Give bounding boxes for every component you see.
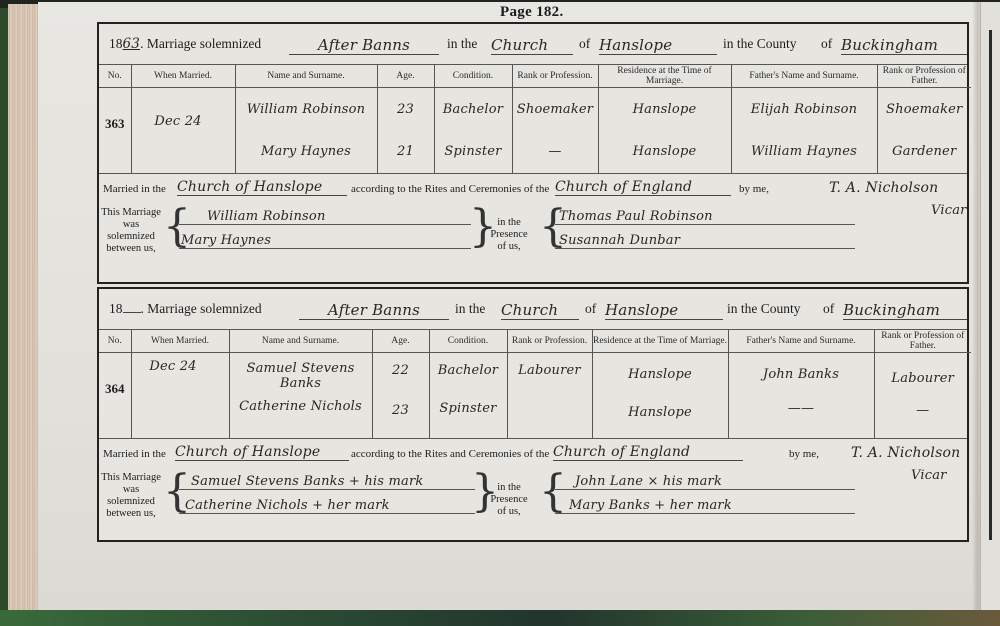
fathers: Elijah Robinson William Haynes xyxy=(731,87,877,173)
married-in-line: Married in the Church of Hanslope accord… xyxy=(99,438,967,468)
minister-title: Vicar xyxy=(911,468,947,483)
groom-name: William Robinson xyxy=(236,102,377,117)
header-no: No. xyxy=(99,330,131,352)
header-profession: Rank or Profession. xyxy=(512,65,598,87)
conditions: Bachelor Spinster xyxy=(434,87,512,173)
header-when-married: When Married. xyxy=(131,330,229,352)
year-prefix: 18 xyxy=(109,301,123,316)
when-married: Dec 24 xyxy=(131,87,235,173)
groom-profession: Labourer xyxy=(508,363,592,378)
header-condition: Condition. xyxy=(429,330,507,352)
bride-age: 23 xyxy=(373,403,429,418)
between-us-label: This Marriage was solemnized between us, xyxy=(101,207,161,255)
witness-2: Mary Banks + her mark xyxy=(555,498,855,514)
married-in-label: Married in the xyxy=(103,183,166,195)
bride-condition: Spinster xyxy=(435,144,512,159)
bride-residence: Hanslope xyxy=(593,405,728,420)
solemnized-by: After Banns xyxy=(289,36,439,55)
bride-condition: Spinster xyxy=(430,401,507,416)
county-label: in the County xyxy=(727,301,801,317)
father-professions: Shoemaker Gardener xyxy=(877,87,971,173)
signatures-block: This Marriage was solemnized between us,… xyxy=(99,468,967,538)
header-residence: Residence at the Time of Marriage. xyxy=(592,330,728,352)
facing-page xyxy=(980,2,1000,610)
county: Buckingham xyxy=(843,301,967,320)
minister-title: Vicar xyxy=(931,203,967,218)
entry-table: No. When Married. Name and Surname. Age.… xyxy=(99,330,971,438)
groom-condition: Bachelor xyxy=(435,102,512,117)
parish: Hanslope xyxy=(599,36,717,55)
groom-residence: Hanslope xyxy=(599,102,731,117)
when-married: Dec 24 xyxy=(131,352,229,438)
bride-father-profession: Gardener xyxy=(878,144,972,159)
names: William Robinson Mary Haynes xyxy=(235,87,377,173)
by-me-label: by me, xyxy=(739,183,769,195)
parish: Hanslope xyxy=(605,301,723,320)
minister-signature: T. A. Nicholson xyxy=(851,445,960,461)
groom-father: Elijah Robinson xyxy=(732,102,877,117)
residences: Hanslope Hanslope xyxy=(592,352,728,438)
bride-father-profession: — xyxy=(875,403,972,418)
in-the-label: in the xyxy=(455,301,485,317)
bride-name: Mary Haynes xyxy=(236,144,377,159)
fathers: John Banks —— xyxy=(728,352,874,438)
of-label: of xyxy=(585,301,596,317)
groom-profession: Shoemaker xyxy=(513,102,598,117)
entry-number: 363 xyxy=(99,87,131,173)
photo-background-bottom xyxy=(0,610,1000,626)
groom-father-profession: Shoemaker xyxy=(878,102,972,117)
by-me-label: by me, xyxy=(789,448,819,460)
presence-label: in the Presence of us, xyxy=(483,482,535,518)
married-in-place: Church of Hanslope xyxy=(175,444,349,461)
married-in-line: Married in the Church of Hanslope accord… xyxy=(99,173,967,203)
county-of-label: of xyxy=(821,36,832,52)
signatures-block: This Marriage was solemnized between us,… xyxy=(99,203,967,273)
groom-father-profession: Labourer xyxy=(875,371,972,386)
header-father-profession: Rank or Profession of Father. xyxy=(874,330,971,352)
table-row: 364 Dec 24 Samuel Stevens Banks Catherin… xyxy=(99,352,971,438)
groom-name: Samuel Stevens Banks xyxy=(230,361,372,391)
bride-signature: Mary Haynes xyxy=(179,233,471,249)
page-number: Page 182. xyxy=(500,4,564,21)
bride-signature: Catherine Nichols + her mark xyxy=(179,498,475,514)
married-in-label: Married in the xyxy=(103,448,166,460)
marriage-entry-363: 1863. Marriage solemnized After Banns in… xyxy=(97,22,969,284)
marriage-solemnized-label: . Marriage solemnized xyxy=(141,301,262,316)
church-type: Church xyxy=(491,36,573,55)
groom-age: 23 xyxy=(378,102,434,117)
groom-age: 22 xyxy=(373,363,429,378)
bride-father: William Haynes xyxy=(732,144,877,159)
year-suffix-blank xyxy=(123,312,141,313)
according-to-label: according to the Rites and Ceremonies of… xyxy=(351,448,549,460)
rites: Church of England xyxy=(553,444,743,461)
names: Samuel Stevens Banks Catherine Nichols xyxy=(229,352,372,438)
bride-profession: — xyxy=(513,144,598,159)
marriage-solemnized-label: . Marriage solemnized xyxy=(140,36,261,51)
minister-signature: T. A. Nicholson xyxy=(829,180,938,196)
bride-father: —— xyxy=(729,401,874,416)
rites: Church of England xyxy=(555,179,731,196)
conditions: Bachelor Spinster xyxy=(429,352,507,438)
header-profession: Rank or Profession. xyxy=(507,330,592,352)
bride-age: 21 xyxy=(378,144,434,159)
presence-label: in the Presence of us, xyxy=(483,217,535,253)
year-prefix: 18 xyxy=(109,36,123,51)
of-label: of xyxy=(579,36,590,52)
header-father-profession: Rank or Profession of Father. xyxy=(877,65,971,87)
professions: Labourer xyxy=(507,352,592,438)
witness-1: Thomas Paul Robinson xyxy=(555,209,855,225)
header-name: Name and Surname. xyxy=(229,330,372,352)
residences: Hanslope Hanslope xyxy=(598,87,731,173)
header-when-married: When Married. xyxy=(131,65,235,87)
married-in-place: Church of Hanslope xyxy=(177,179,347,196)
entry-header: 18. Marriage solemnized After Banns in t… xyxy=(99,289,967,330)
column-headers: No. When Married. Name and Surname. Age.… xyxy=(99,330,971,352)
between-us-label: This Marriage was solemnized between us, xyxy=(101,472,161,520)
header-condition: Condition. xyxy=(434,65,512,87)
header-age: Age. xyxy=(372,330,429,352)
according-to-label: according to the Rites and Ceremonies of… xyxy=(351,183,549,195)
ages: 22 23 xyxy=(372,352,429,438)
groom-signature: William Robinson xyxy=(179,209,471,225)
bride-residence: Hanslope xyxy=(599,144,731,159)
entry-header: 1863. Marriage solemnized After Banns in… xyxy=(99,24,967,65)
county-of-label: of xyxy=(823,301,834,317)
father-professions: Labourer — xyxy=(874,352,971,438)
column-headers: No. When Married. Name and Surname. Age.… xyxy=(99,65,971,87)
groom-residence: Hanslope xyxy=(593,367,728,382)
professions: Shoemaker — xyxy=(512,87,598,173)
bride-name: Catherine Nichols xyxy=(230,399,372,414)
groom-signature: Samuel Stevens Banks + his mark xyxy=(179,474,475,490)
book-page-edges xyxy=(8,4,40,610)
in-the-label: in the xyxy=(447,36,477,52)
church-type: Church xyxy=(501,301,579,320)
ages: 23 21 xyxy=(377,87,434,173)
table-row: 363 Dec 24 William Robinson Mary Haynes … xyxy=(99,87,971,173)
groom-condition: Bachelor xyxy=(430,363,507,378)
header-residence: Residence at the Time of Marriage. xyxy=(598,65,731,87)
header-father-name: Father's Name and Surname. xyxy=(728,330,874,352)
county-label: in the County xyxy=(723,36,797,52)
header-no: No. xyxy=(99,65,131,87)
header-father-name: Father's Name and Surname. xyxy=(731,65,877,87)
county: Buckingham xyxy=(841,36,967,55)
witness-1: John Lane × his mark xyxy=(555,474,855,490)
solemnized-by: After Banns xyxy=(299,301,449,320)
header-age: Age. xyxy=(377,65,434,87)
entry-table: No. When Married. Name and Surname. Age.… xyxy=(99,65,971,173)
header-name: Name and Surname. xyxy=(235,65,377,87)
marriage-entry-364: 18. Marriage solemnized After Banns in t… xyxy=(97,287,969,542)
witness-2: Susannah Dunbar xyxy=(555,233,855,249)
year-suffix: 63 xyxy=(123,36,141,52)
groom-father: John Banks xyxy=(729,367,874,382)
